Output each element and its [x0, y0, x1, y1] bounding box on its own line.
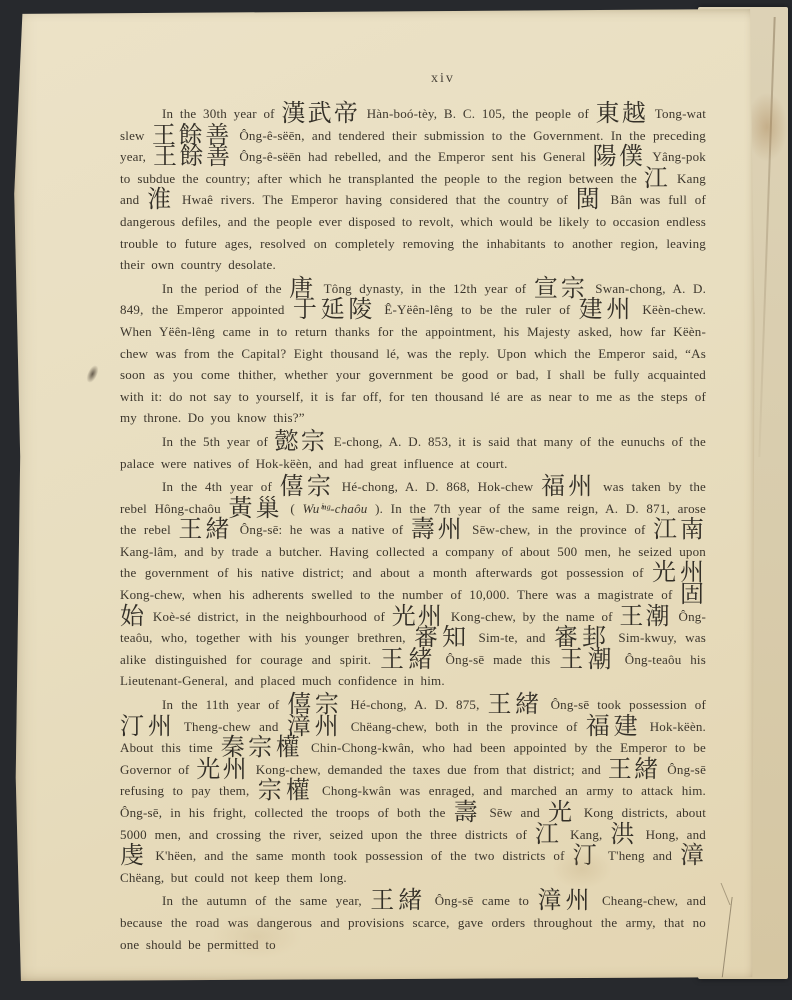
- latin-text: Sēw and: [481, 805, 548, 820]
- latin-text: Koè-sé district, in the neighbourhood of: [146, 609, 391, 624]
- latin-text: Hwaê rivers. The Emperor having consider…: [174, 192, 575, 207]
- latin-text: Theng-chew and: [176, 719, 287, 734]
- latin-text: Tông dynasty, in the 12th year of: [316, 281, 534, 296]
- latin-text: (: [283, 501, 303, 516]
- book-page: xiv In the 30th year of 漢武帝 Hàn-boó-tèy,…: [12, 9, 756, 982]
- chinese-text: 漳州: [538, 886, 594, 914]
- latin-text: In the 11th year of: [162, 697, 287, 712]
- latin-text: Ông-sē made this: [437, 652, 559, 667]
- paragraph: In the 30th year of 漢武帝 Hàn-boó-tèy, B. …: [120, 103, 706, 276]
- chinese-text: 王緒: [380, 645, 437, 673]
- chinese-text: 宗權: [258, 776, 314, 804]
- latin-text: In the 4th year of: [162, 479, 280, 494]
- chinese-text: 漢武帝: [281, 99, 360, 127]
- page-tear: [706, 897, 732, 989]
- latin-text: K'hëen, and the same month took possessi…: [147, 848, 572, 863]
- paragraph: In the period of the 唐 Tông dynasty, in …: [120, 278, 706, 429]
- latin-text: In the period of the: [162, 281, 289, 296]
- latin-text: Hé-chong, A. D. 868, Hok-chew: [334, 479, 541, 494]
- latin-text: Ông-ê-sëēn had rebelled, and the Emperor…: [232, 149, 592, 164]
- chinese-text: 江: [644, 164, 670, 192]
- latin-text: Hàn-boó-tèy, B. C. 105, the people of: [360, 106, 596, 121]
- chinese-text: 王潮: [559, 645, 616, 673]
- chinese-text: 江: [535, 820, 562, 848]
- latin-text: Ông-sē: he was a native of: [232, 522, 410, 537]
- foxing-spot: [552, 849, 612, 889]
- chinese-text: 光州: [196, 755, 249, 783]
- latin-text: Këèn-chew. When Yëên-lêng came in to ret…: [120, 302, 706, 425]
- latin-text: Ê-Yëên-lêng to be the ruler of: [376, 302, 579, 317]
- latin-text: In the autumn of the same year,: [162, 893, 370, 908]
- chinese-text: 懿宗: [275, 427, 327, 455]
- paragraph: In the 5th year of 懿宗 E-chong, A. D. 853…: [120, 431, 706, 474]
- ink-smudge: [85, 364, 101, 384]
- chinese-text: 建州: [579, 295, 635, 323]
- chinese-text: 王緒: [608, 755, 661, 783]
- chinese-text: 壽州: [411, 515, 465, 543]
- chinese-text: 虔: [120, 841, 147, 869]
- latin-text: Kong-chew, when his adherents swelled to…: [120, 587, 680, 602]
- chinese-text: 王緒: [178, 515, 232, 543]
- page-paragraphs: In the 30th year of 漢武帝 Hàn-boó-tèy, B. …: [120, 103, 706, 955]
- paragraph: In the 11th year of 僖宗 Hé-chong, A. D. 8…: [120, 694, 706, 888]
- paragraph: In the 4th year of 僖宗 Hé-chong, A. D. 86…: [120, 476, 706, 692]
- latin-text: In the 5th year of: [162, 434, 275, 449]
- latin-text: Kang-lâm, and by trade a butcher. Having…: [120, 544, 706, 581]
- chinese-text: 王緒: [488, 690, 543, 718]
- chinese-text: 王潮: [619, 602, 671, 630]
- chinese-text: 于延陵: [293, 295, 376, 323]
- page-crease: [758, 17, 775, 457]
- latin-text: Hé-chong, A. D. 875,: [342, 697, 487, 712]
- paper-stain: [746, 92, 788, 162]
- latin-text: Sēw-chew, in the province of: [465, 522, 653, 537]
- latin-text: Kang,: [562, 827, 610, 842]
- chinese-text: 黃巢: [228, 494, 282, 522]
- chinese-text: 江南: [653, 515, 706, 543]
- latin-text: Chëang-chew, both in the province of: [342, 719, 585, 734]
- chinese-text: 閩: [576, 185, 603, 213]
- book-scan: xiv In the 30th year of 漢武帝 Hàn-boó-tèy,…: [0, 0, 792, 1000]
- latin-text: Kong-chew, demanded the taxes due from t…: [249, 762, 608, 777]
- chinese-text: 陽僕: [593, 142, 646, 170]
- chinese-text: 壽: [454, 798, 482, 826]
- chinese-text: 洪: [610, 820, 637, 848]
- chinese-text: 淮: [147, 185, 174, 213]
- chinese-text: 東越: [596, 99, 648, 127]
- latin-text: Sim-te, and: [470, 630, 554, 645]
- chinese-text: 福州: [541, 472, 595, 500]
- chinese-text: 漳: [680, 841, 706, 869]
- chinese-text: 福建: [586, 712, 642, 740]
- latin-text: In the 30th year of: [162, 106, 281, 121]
- chinese-text: 王餘善: [153, 142, 232, 170]
- latin-text: Chëang, but could not keep them long.: [120, 870, 347, 885]
- chinese-text: 汀州: [120, 712, 176, 740]
- chinese-text: 王緒: [370, 886, 426, 914]
- chinese-text: 僖宗: [280, 472, 334, 500]
- latin-text: Wuⁱⁿᵍ-chaôu: [302, 501, 367, 516]
- page-number: xiv: [12, 71, 756, 87]
- latin-text: Kong-chew, by the name of: [444, 609, 619, 624]
- latin-text: T'heng and: [600, 848, 680, 863]
- foxing-spot: [212, 914, 302, 959]
- latin-text: Ông-sē took possession of: [543, 697, 706, 712]
- latin-text: Hong, and: [638, 827, 706, 842]
- paragraph: In the autumn of the same year, 王緒 Ông-s…: [120, 890, 706, 955]
- latin-text: Ông-sē came to: [426, 893, 537, 908]
